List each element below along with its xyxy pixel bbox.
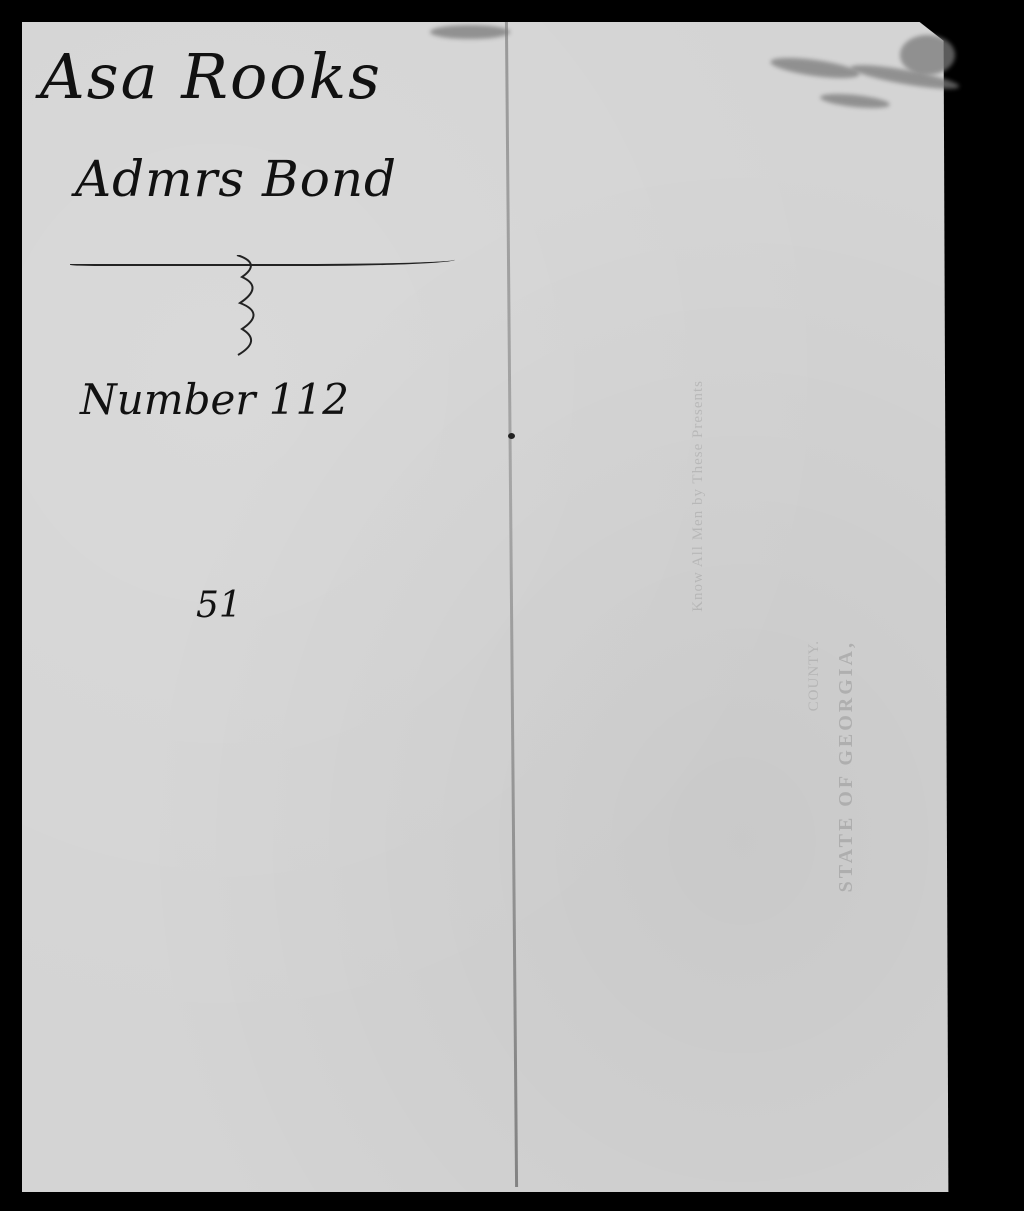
handwritten-name: Asa Rooks — [40, 40, 382, 113]
ink-stain — [430, 25, 510, 39]
handwritten-number: Number 112 — [80, 375, 349, 424]
handwritten-page-number: 51 — [196, 585, 242, 626]
mirrored-printed-title: STATE OF GEORGIA, — [835, 640, 858, 892]
ink-stain — [900, 35, 955, 75]
flourish-squiggle — [232, 255, 272, 365]
fold-mark — [508, 433, 515, 439]
mirrored-printed-county: COUNTY. — [806, 640, 823, 711]
mirrored-printed-line: Know All Men by These Presents — [690, 380, 707, 612]
handwritten-document-type: Admrs Bond — [75, 150, 397, 208]
